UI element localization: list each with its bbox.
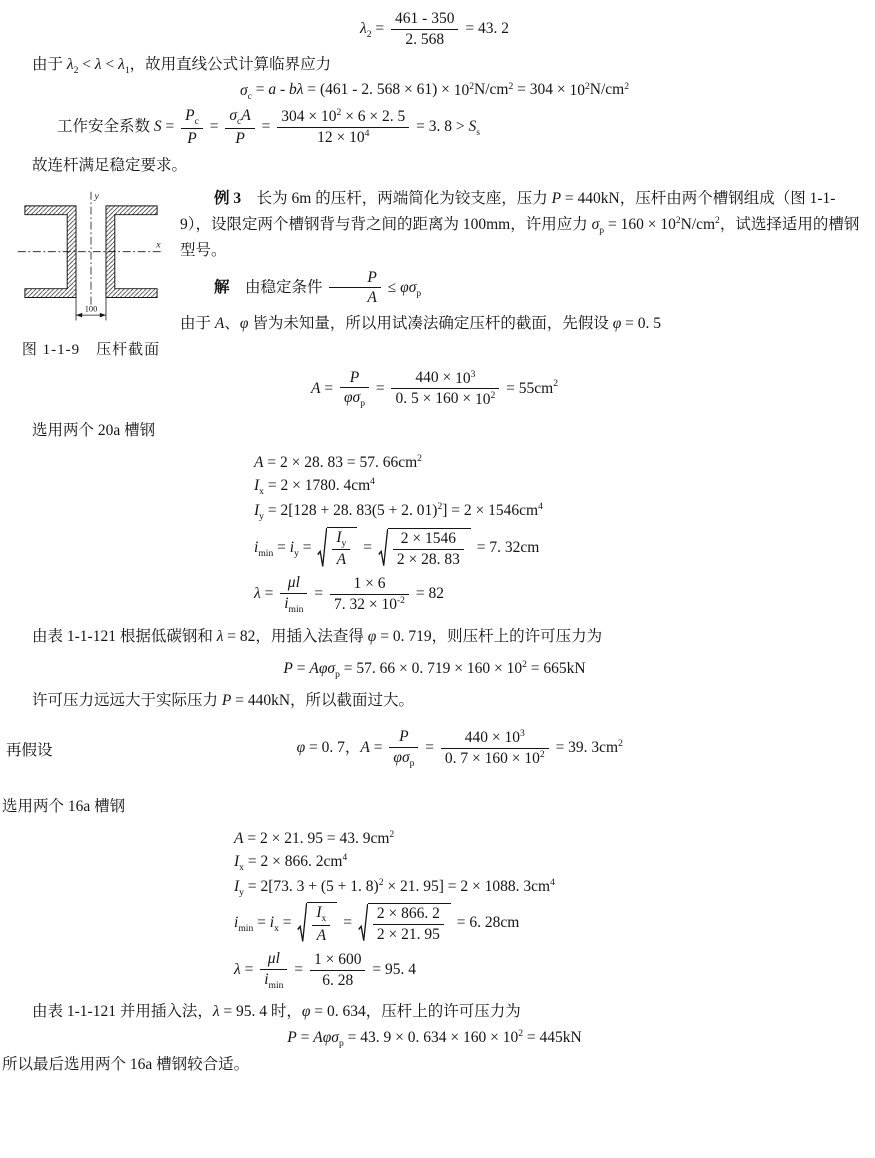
formula-20a-ix: Ix = 2 × 1780. 4cm4 bbox=[254, 477, 867, 497]
formula-lambda2: λ2 = 461 - 3502. 568 = 43. 2 bbox=[2, 10, 867, 49]
row-reassume: 再假设φ = 0. 7，A = Pφσp = 440 × 1030. 7 × 1… bbox=[2, 728, 867, 769]
para-solution-condition: 解 由稳定条件 PA ≤ φσp bbox=[180, 269, 865, 308]
formula-sigma-critical: σc = a - bλ = (461 - 2. 568 × 61) × 102N… bbox=[2, 81, 867, 101]
formula-allowable-load-20a: P = Aφσp = 57. 66 × 0. 719 × 160 × 102 =… bbox=[2, 660, 867, 680]
example-text-column: 例 3 长为 6m 的压杆，两端简化为铰支座，压力 P = 440kN，压杆由两… bbox=[180, 182, 867, 359]
formula-16a-area: A = 2 × 21. 95 = 43. 9cm2 bbox=[234, 830, 867, 848]
dim-label: 100 bbox=[85, 304, 98, 313]
formula-20a-lambda: λ = μlimin = 1 × 67. 32 × 10-2 = 82 bbox=[254, 574, 867, 615]
para-final-choice: 所以最后选用两个 16a 槽钢较合适。 bbox=[2, 1053, 867, 1078]
figure-caption: 图 1-1-9 压杆截面 bbox=[2, 338, 180, 359]
textbook-page: λ2 = 461 - 3502. 568 = 43. 2由于 λ2 < λ < … bbox=[0, 0, 875, 1078]
dim-arrow-right bbox=[100, 312, 106, 317]
radical-sign bbox=[358, 903, 368, 944]
formula-20a-area: A = 2 × 28. 83 = 57. 66cm2 bbox=[254, 454, 867, 472]
formula-16a-imin: imin = ix = IxA = 2 × 866. 22 × 21. 95 =… bbox=[234, 902, 867, 945]
para-choose-16a: 选用两个 16a 槽钢 bbox=[2, 795, 867, 820]
row-reassume-label: 再假设 bbox=[2, 738, 53, 760]
formula-16a-lambda: λ = μlimin = 1 × 6006. 28 = 95. 4 bbox=[234, 950, 867, 991]
radical-sign bbox=[378, 528, 388, 569]
row-reassume-formula: φ = 0. 7，A = Pφσp = 440 × 1030. 7 × 160 … bbox=[53, 728, 867, 769]
formula-16a-ix: Ix = 2 × 866. 2cm4 bbox=[234, 853, 867, 873]
x-axis-label: x bbox=[155, 239, 161, 250]
para-critical-stress-intro: 由于 λ2 < λ < λ1，故用直线公式计算临界应力 bbox=[2, 53, 867, 78]
para-trial-method: 由于 A、φ 皆为未知量，所以用试凑法确定压杆的截面，先假设 φ = 0. 5 bbox=[180, 311, 865, 337]
figure-1-1-9: y x 100 图 1-1-9 压杆截面 bbox=[2, 182, 180, 359]
formula-safety-factor: 工作安全系数 S = PcP = σcAP = 304 × 102 × 6 × … bbox=[57, 107, 867, 148]
formula-area-trial1: A = Pφσp = 440 × 1030. 5 × 160 × 102 = 5… bbox=[2, 369, 867, 410]
formula-20a-imin: imin = iy = IyA = 2 × 15462 × 28. 83 = 7… bbox=[254, 527, 867, 570]
para-choose-20a: 选用两个 20a 槽钢 bbox=[2, 419, 867, 444]
para-stability-satisfied: 故连杆满足稳定要求。 bbox=[2, 154, 867, 179]
formula-16a-iy: Iy = 2[73. 3 + (5 + 1. 8)2 × 21. 95] = 2… bbox=[234, 878, 867, 898]
formula-allowable-load-16a: P = Aφσp = 43. 9 × 0. 634 × 160 × 102 = … bbox=[2, 1029, 867, 1049]
example-3-section: y x 100 图 1-1-9 压杆截面 例 3 长为 6m 的压杆，两端简化为… bbox=[2, 182, 867, 359]
channel-section-diagram: y x 100 bbox=[16, 190, 166, 331]
formula-20a-iy: Iy = 2[128 + 28. 83(5 + 2. 01)2] = 2 × 1… bbox=[254, 502, 867, 522]
main-content: A = Pφσp = 440 × 1030. 5 × 160 × 102 = 5… bbox=[2, 369, 867, 1078]
radical-sign bbox=[297, 902, 307, 945]
para-table-interp-16a: 由表 1-1-121 并用插入法，λ = 95. 4 时，φ = 0. 634，… bbox=[2, 1000, 867, 1025]
para-example3-statement: 例 3 长为 6m 的压杆，两端简化为铰支座，压力 P = 440kN，压杆由两… bbox=[180, 186, 865, 265]
para-table-lookup-20a: 由表 1-1-121 根据低碳钢和 λ = 82，用插入法查得 φ = 0. 7… bbox=[2, 625, 867, 650]
radical-sign bbox=[317, 527, 327, 570]
y-axis-label: y bbox=[94, 190, 100, 201]
para-section-too-large: 许可压力远远大于实际压力 P = 440kN，所以截面过大。 bbox=[2, 689, 867, 714]
top-content: λ2 = 461 - 3502. 568 = 43. 2由于 λ2 < λ < … bbox=[2, 10, 867, 179]
dim-arrow-left bbox=[76, 312, 82, 317]
